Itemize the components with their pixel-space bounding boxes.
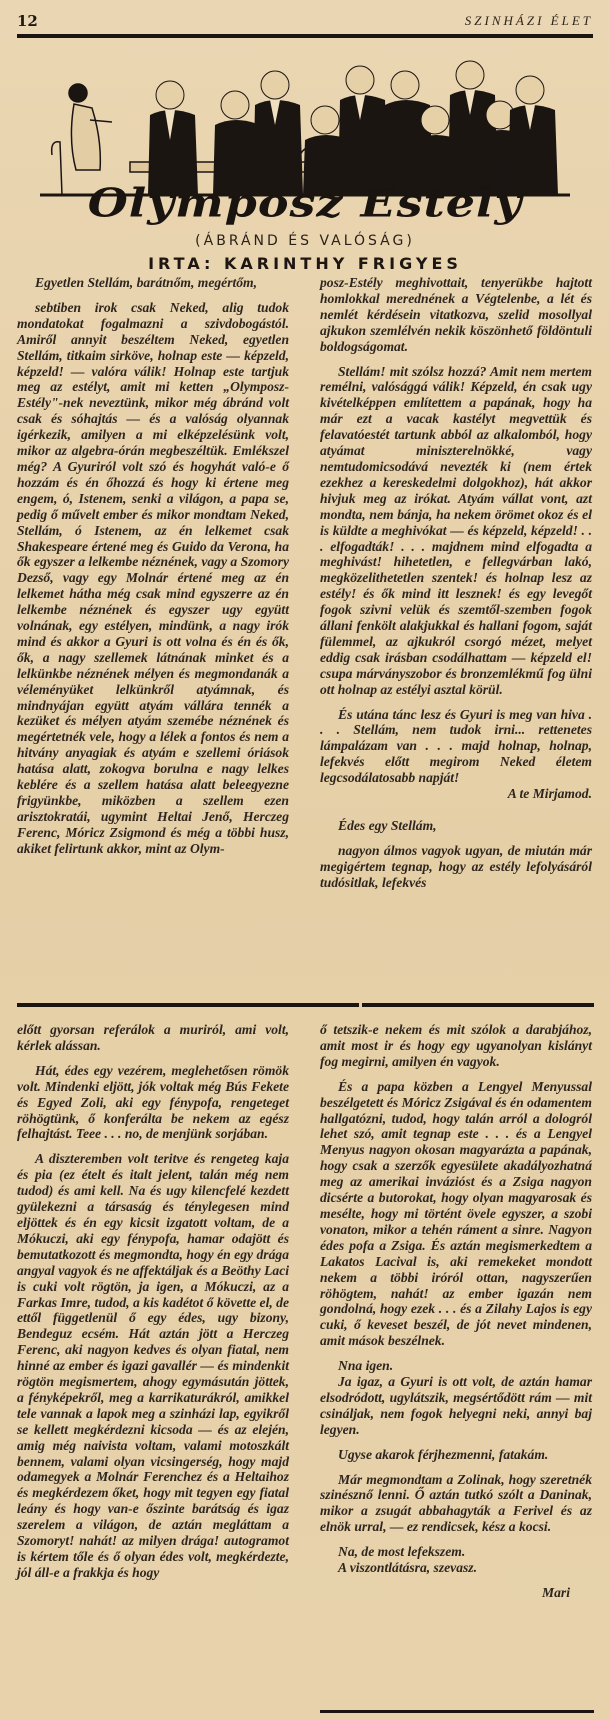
column-top-left: Egyetlen Stellám, barátnőm, megértőm, se… — [17, 275, 289, 857]
paragraph: Na, de most lefekszem. — [320, 1544, 592, 1560]
letter-salutation: Édes egy Stellám, — [320, 818, 592, 834]
paragraph: Ugyse akarok férjhezmenni, fatakám. — [320, 1447, 592, 1463]
paragraph: Stellám! mit szólsz hozzá? Amit nem mert… — [320, 364, 592, 698]
section-rule-left — [17, 1003, 359, 1007]
page-header: 12 SZINHÁZI ÉLET — [17, 12, 593, 34]
paragraph: nagyon álmos vagyok ugyan, de miután már… — [320, 843, 592, 891]
paragraph: És utána tánc lesz és Gyuri is meg van h… — [320, 707, 592, 787]
article-subtitle: (ÁBRÁND ÉS VALÓSÁG) — [0, 233, 610, 249]
paragraph: ő tetszik-e nekem és mit szólok a darabj… — [320, 1022, 592, 1070]
column-bottom-left: előtt gyorsan referálok a muriról, ami v… — [17, 1022, 289, 1581]
column-bottom-right: ő tetszik-e nekem és mit szólok a darabj… — [320, 1022, 592, 1601]
footer-rule — [320, 1710, 594, 1713]
paragraph: posz-Estély meghivottait, tenyerükbe haj… — [320, 275, 592, 355]
paragraph: Nna igen. — [320, 1358, 592, 1374]
gentlemen-figures-icon — [148, 61, 558, 195]
magazine-page: 12 SZINHÁZI ÉLET — [0, 0, 610, 1719]
paragraph: Hát, édes egy vezérem, meglehetősen römö… — [17, 1063, 289, 1143]
letter-signature: Mari — [320, 1585, 592, 1601]
paragraph: És a papa közben a Lengyel Menyussal bes… — [320, 1079, 592, 1349]
article-byline: IRTA: KARINTHY FRIGYES — [0, 254, 610, 273]
paragraph: Egyetlen Stellám, barátnőm, megértőm, — [17, 275, 289, 291]
paragraph: Ja igaz, a Gyuri is ott volt, de aztán h… — [320, 1374, 592, 1438]
article-title: Olymposz Estély — [0, 181, 610, 225]
letter-signature: A te Mirjamod. — [320, 786, 592, 802]
paragraph: Már megmondtam a Zolinak, hogy szeretnék… — [320, 1472, 592, 1536]
header-rule — [17, 34, 593, 38]
paragraph: sebtiben irok csak Neked, alig tudok mon… — [17, 300, 289, 857]
page-number: 12 — [17, 12, 38, 30]
section-rule-right — [362, 1003, 594, 1007]
magazine-title: SZINHÁZI ÉLET — [465, 13, 593, 29]
paragraph: előtt gyorsan referálok a muriról, ami v… — [17, 1022, 289, 1054]
article-title-block: Olymposz Estély — [0, 177, 610, 229]
paragraph: A viszontlátásra, szevasz. — [320, 1560, 592, 1576]
paragraph: A diszteremben volt teritve és rengeteg … — [17, 1151, 289, 1580]
column-top-right: posz-Estély meghivottait, tenyerükbe haj… — [320, 275, 592, 891]
